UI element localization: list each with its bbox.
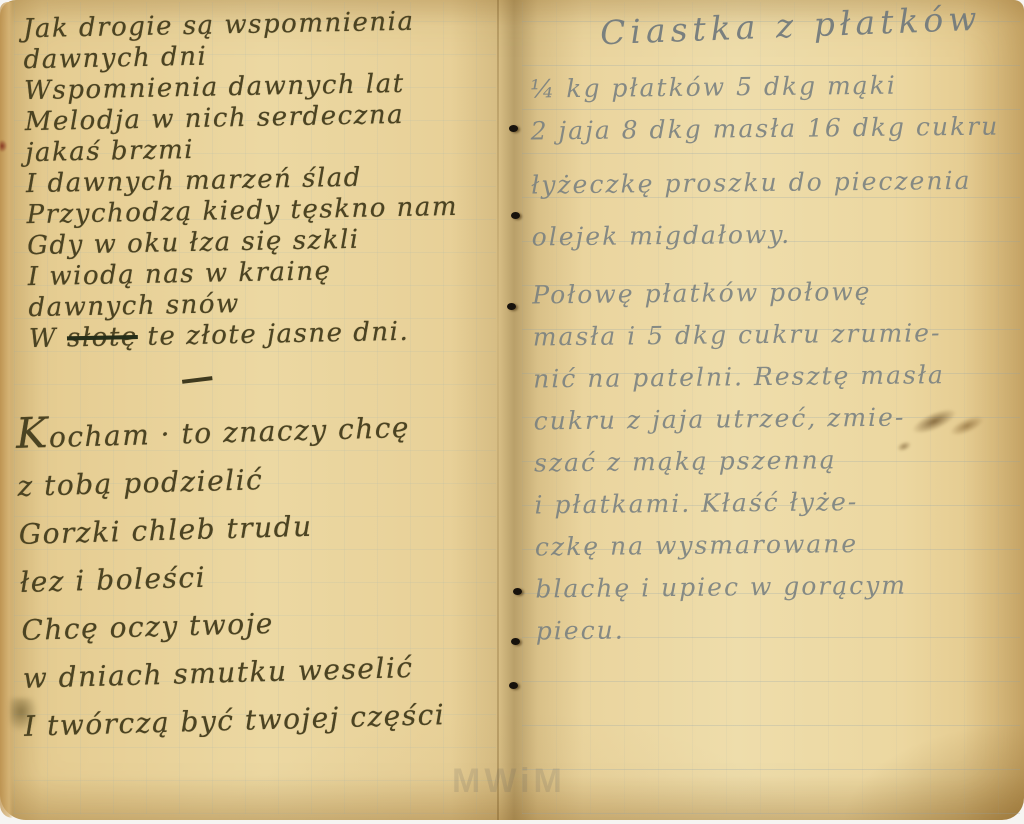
recipe-line: blachę i upiec w gorącym xyxy=(535,564,1004,611)
stitch-hole xyxy=(511,638,520,645)
stitch-hole xyxy=(507,303,516,310)
notebook-cover-edge xyxy=(0,2,13,818)
recipe-line: łyżeczkę proszku do pieczenia xyxy=(531,160,1000,207)
stitch-hole xyxy=(509,682,518,689)
spine-fold xyxy=(497,0,499,820)
recipe-line: 2 jaja 8 dkg masła 16 dkg cukru xyxy=(530,106,999,153)
notebook-scan: Jak drogie są wspomnienia dawnych dni Ws… xyxy=(0,0,1024,824)
stitch-hole xyxy=(511,212,520,219)
poem-stanza-2: Kocham · to znaczy chcę z tobą podzielić… xyxy=(15,398,446,751)
struck-out-word: słotę xyxy=(67,322,138,353)
paper-blotch xyxy=(10,698,38,732)
recipe-line: nić na patelni. Resztę masła xyxy=(533,354,1002,401)
strike-line-suffix: te złote jasne dni. xyxy=(137,317,409,352)
recipe-line: czkę na wysmarowane xyxy=(535,522,1004,569)
recipe-body: ¼ kg płatków 5 dkg mąki 2 jaja 8 dkg mas… xyxy=(530,64,1005,653)
poem-stanza-1: Jak drogie są wspomnienia dawnych dni Ws… xyxy=(23,6,461,355)
stitch-hole xyxy=(513,588,522,595)
recipe-line: i płatkami. Kłaść łyże- xyxy=(534,480,1003,527)
stanza-separator-dash: — xyxy=(178,356,217,400)
edge-mark xyxy=(0,140,7,152)
recipe-line: masła i 5 dkg cukru zrumie- xyxy=(533,312,1002,359)
strike-line-prefix: W xyxy=(29,323,68,354)
recipe-line: ¼ kg płatków 5 dkg mąki xyxy=(530,64,999,111)
watermark: MWiM xyxy=(452,762,566,801)
recipe-line: Połowę płatków połowę xyxy=(532,270,1001,317)
stitch-hole xyxy=(509,125,518,132)
recipe-line: olejek migdałowy. xyxy=(532,212,1001,259)
recipe-line: piecu. xyxy=(536,606,1005,653)
